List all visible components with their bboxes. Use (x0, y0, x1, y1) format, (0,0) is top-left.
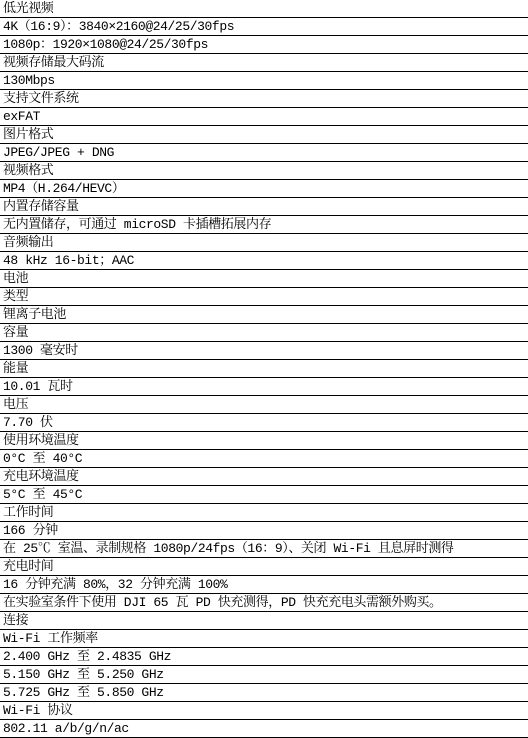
spec-value: 4K（16:9）：3840×2160@24/25/30fps (0, 18, 528, 36)
spec-value: 166 分钟 (0, 522, 528, 540)
spec-label: 充电环境温度 (0, 468, 528, 486)
spec-value: exFAT (0, 108, 528, 126)
spec-value: 10.01 瓦时 (0, 378, 528, 396)
spec-value: 2.400 GHz 至 2.4835 GHz (0, 648, 528, 666)
spec-value: 1300 毫安时 (0, 342, 528, 360)
spec-value: 0°C 至 40°C (0, 450, 528, 468)
spec-value: 48 kHz 16-bit；AAC (0, 252, 528, 270)
spec-label: 视频存储最大码流 (0, 54, 528, 72)
spec-label: 容量 (0, 324, 528, 342)
spec-value: MP4（H.264/HEVC） (0, 180, 528, 198)
spec-value: 5.150 GHz 至 5.250 GHz (0, 666, 528, 684)
spec-label: 视频格式 (0, 162, 528, 180)
spec-value: 锂离子电池 (0, 306, 528, 324)
spec-value: 5.725 GHz 至 5.850 GHz (0, 684, 528, 702)
spec-label: 支持文件系统 (0, 90, 528, 108)
spec-label: 电压 (0, 396, 528, 414)
spec-value: 130Mbps (0, 72, 528, 90)
spec-label: 充电时间 (0, 558, 528, 576)
spec-value: 802.11 a/b/g/n/ac (0, 720, 528, 738)
spec-label: 工作时间 (0, 504, 528, 522)
spec-note: 在实验室条件下使用 DJI 65 瓦 PD 快充测得，PD 快充充电头需额外购买… (0, 594, 528, 612)
spec-label: 使用环境温度 (0, 432, 528, 450)
spec-value: 7.70 伏 (0, 414, 528, 432)
spec-note: 在 25℃ 室温、录制规格 1080p/24fps（16：9）、关闭 Wi-Fi… (0, 540, 528, 558)
spec-label: 图片格式 (0, 126, 528, 144)
spec-label: 类型 (0, 288, 528, 306)
spec-value: 16 分钟充满 80%，32 分钟充满 100% (0, 576, 528, 594)
spec-label: Wi-Fi 工作频率 (0, 630, 528, 648)
spec-value: 无内置储存，可通过 microSD 卡插槽拓展内存 (0, 216, 528, 234)
spec-value: 1080p：1920×1080@24/25/30fps (0, 36, 528, 54)
section-title: 连接 (0, 612, 528, 630)
section-title: 电池 (0, 270, 528, 288)
spec-label: 能量 (0, 360, 528, 378)
spec-label: Wi-Fi 协议 (0, 702, 528, 720)
spec-value: JPEG/JPEG + DNG (0, 144, 528, 162)
spec-value: 5°C 至 45°C (0, 486, 528, 504)
spec-label: 内置存储容量 (0, 198, 528, 216)
spec-label: 音频输出 (0, 234, 528, 252)
spec-label: 低光视频 (0, 0, 528, 18)
spec-sheet: 低光视频4K（16:9）：3840×2160@24/25/30fps1080p：… (0, 0, 528, 738)
